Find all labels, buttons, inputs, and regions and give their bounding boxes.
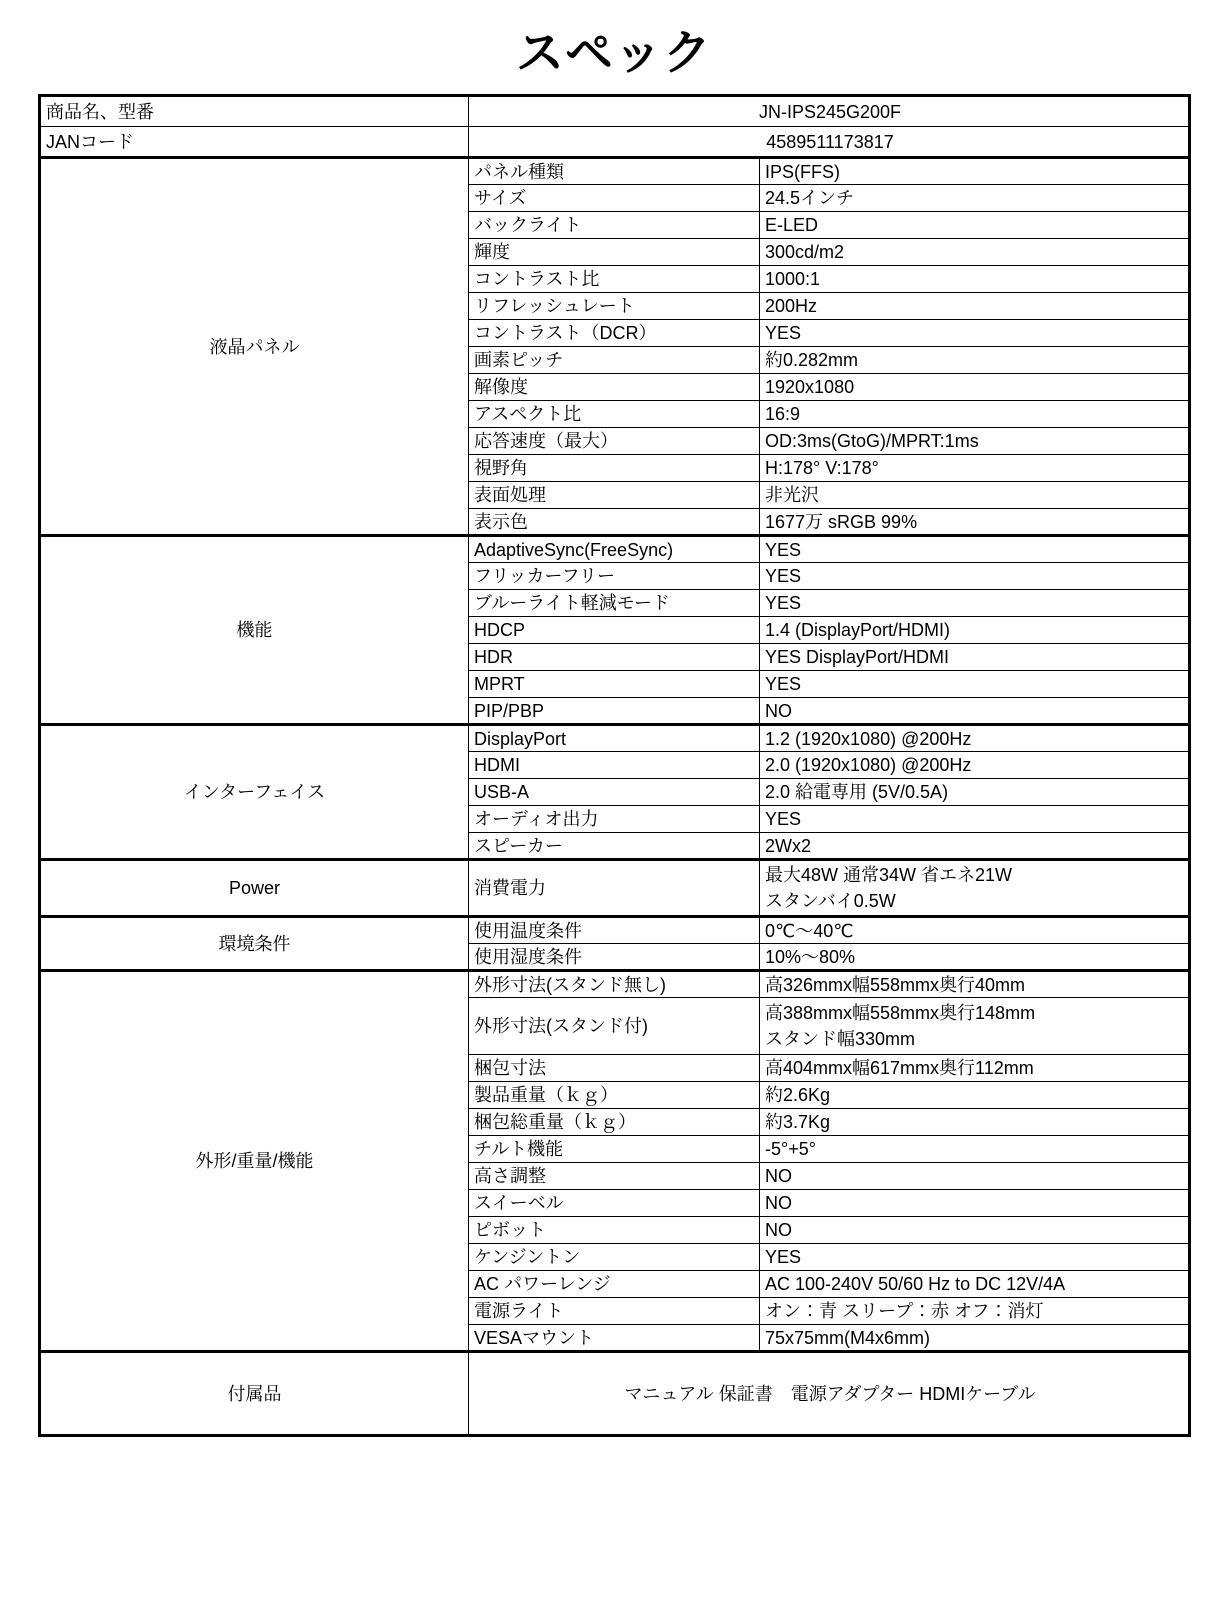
section-label-cell: 付属品	[40, 1352, 469, 1436]
spec-label-cell: HDR	[469, 644, 760, 671]
spec-value-cell: NO	[760, 1163, 1190, 1190]
spec-value-cell: 16:9	[760, 401, 1190, 428]
spec-value-cell: -5°+5°	[760, 1136, 1190, 1163]
spec-value-cell: 最大48W 通常34W 省エネ21Wスタンバイ0.5W	[760, 860, 1190, 917]
section-label-cell: 外形/重量/機能	[40, 971, 469, 1352]
spec-label-cell: フリッカーフリー	[469, 563, 760, 590]
spec-value-cell: YES	[760, 806, 1190, 833]
spec-value-cell: NO	[760, 1190, 1190, 1217]
spec-value-cell: 300cd/m2	[760, 239, 1190, 266]
spec-value-cell: 2Wx2	[760, 833, 1190, 860]
spec-label-cell: 高さ調整	[469, 1163, 760, 1190]
spec-value-cell: AC 100-240V 50/60 Hz to DC 12V/4A	[760, 1271, 1190, 1298]
spec-label-cell: ピボット	[469, 1217, 760, 1244]
spec-label-cell: ブルーライト軽減モード	[469, 590, 760, 617]
spec-label-cell: MPRT	[469, 671, 760, 698]
spec-value-cell: YES	[760, 671, 1190, 698]
spec-value-cell: オン：青 スリープ：赤 オフ：消灯	[760, 1298, 1190, 1325]
spec-label-cell: 製品重量（ｋｇ）	[469, 1082, 760, 1109]
spec-value-cell: 約2.6Kg	[760, 1082, 1190, 1109]
value-line: 高388mmx幅558mmx奥行148mm	[765, 1000, 1186, 1026]
spec-label-cell: 画素ピッチ	[469, 347, 760, 374]
spec-value-cell: 高404mmx幅617mmx奥行112mm	[760, 1055, 1190, 1082]
spec-value-cell: 10%～80%	[760, 944, 1190, 971]
spec-label-cell: オーディオ出力	[469, 806, 760, 833]
spec-value-cell: 75x75mm(M4x6mm)	[760, 1325, 1190, 1352]
spec-label-cell: DisplayPort	[469, 725, 760, 752]
table-row: インターフェイスDisplayPort1.2 (1920x1080) @200H…	[40, 725, 1190, 752]
spec-value-cell: 1.2 (1920x1080) @200Hz	[760, 725, 1190, 752]
table-row: 付属品マニュアル 保証書 電源アダプター HDMIケーブル	[40, 1352, 1190, 1436]
value-line: スタンバイ0.5W	[765, 888, 1186, 914]
spec-label-cell: JANコード	[40, 127, 469, 158]
table-row: Power消費電力最大48W 通常34W 省エネ21Wスタンバイ0.5W	[40, 860, 1190, 917]
section-label-cell: 液晶パネル	[40, 158, 469, 536]
spec-value-cell: YES	[760, 320, 1190, 347]
section-label-cell: 環境条件	[40, 917, 469, 971]
value-line: 最大48W 通常34W 省エネ21W	[765, 862, 1186, 888]
section-label-cell: Power	[40, 860, 469, 917]
table-row: 外形/重量/機能外形寸法(スタンド無し)高326mmx幅558mmx奥行40mm	[40, 971, 1190, 998]
spec-label-cell: コントラスト比	[469, 266, 760, 293]
spec-value-cell: 0℃～40℃	[760, 917, 1190, 944]
spec-label-cell: HDCP	[469, 617, 760, 644]
page-title: スペック	[0, 0, 1228, 94]
spec-value-cell: 約3.7Kg	[760, 1109, 1190, 1136]
spec-label-cell: 表示色	[469, 509, 760, 536]
spec-label-cell: リフレッシュレート	[469, 293, 760, 320]
spec-label-cell: スイーベル	[469, 1190, 760, 1217]
spec-label-cell: USB-A	[469, 779, 760, 806]
spec-label-cell: PIP/PBP	[469, 698, 760, 725]
spec-label-cell: 使用温度条件	[469, 917, 760, 944]
spec-value-cell: 4589511173817	[469, 127, 1190, 158]
spec-label-cell: バックライト	[469, 212, 760, 239]
spec-value-cell: YES	[760, 536, 1190, 563]
section-label-cell: 機能	[40, 536, 469, 725]
spec-label-cell: 外形寸法(スタンド付)	[469, 998, 760, 1055]
spec-value-cell: 2.0 給電専用 (5V/0.5A)	[760, 779, 1190, 806]
spec-value-cell: YES	[760, 1244, 1190, 1271]
table-row: JANコード4589511173817	[40, 127, 1190, 158]
table-row: 液晶パネルパネル種類IPS(FFS)	[40, 158, 1190, 185]
section-label-cell: インターフェイス	[40, 725, 469, 860]
table-row: 機能AdaptiveSync(FreeSync)YES	[40, 536, 1190, 563]
spec-label-cell: 消費電力	[469, 860, 760, 917]
spec-value-cell: NO	[760, 698, 1190, 725]
spec-value-cell: 1000:1	[760, 266, 1190, 293]
spec-label-cell: 輝度	[469, 239, 760, 266]
spec-value-cell: 1677万 sRGB 99%	[760, 509, 1190, 536]
spec-value-cell: 2.0 (1920x1080) @200Hz	[760, 752, 1190, 779]
spec-label-cell: 解像度	[469, 374, 760, 401]
spec-value-cell: H:178° V:178°	[760, 455, 1190, 482]
value-line: スタンド幅330mm	[765, 1026, 1186, 1052]
spec-label-cell: VESAマウント	[469, 1325, 760, 1352]
spec-label-cell: サイズ	[469, 185, 760, 212]
spec-label-cell: 商品名、型番	[40, 96, 469, 127]
spec-table-body: 商品名、型番JN-IPS245G200FJANコード4589511173817液…	[40, 96, 1190, 1436]
spec-value-cell: 高388mmx幅558mmx奥行148mmスタンド幅330mm	[760, 998, 1190, 1055]
spec-value-cell: YES	[760, 590, 1190, 617]
spec-label-cell: アスペクト比	[469, 401, 760, 428]
spec-label-cell: 梱包寸法	[469, 1055, 760, 1082]
spec-label-cell: チルト機能	[469, 1136, 760, 1163]
spec-value-cell: 24.5インチ	[760, 185, 1190, 212]
spec-value-cell: 1920x1080	[760, 374, 1190, 401]
table-row: 環境条件使用温度条件0℃～40℃	[40, 917, 1190, 944]
spec-value-cell: マニュアル 保証書 電源アダプター HDMIケーブル	[469, 1352, 1190, 1436]
spec-value-cell: 約0.282mm	[760, 347, 1190, 374]
spec-label-cell: 外形寸法(スタンド無し)	[469, 971, 760, 998]
spec-label-cell: パネル種類	[469, 158, 760, 185]
spec-value-cell: IPS(FFS)	[760, 158, 1190, 185]
table-row: 商品名、型番JN-IPS245G200F	[40, 96, 1190, 127]
spec-label-cell: 応答速度（最大）	[469, 428, 760, 455]
spec-label-cell: 表面処理	[469, 482, 760, 509]
spec-label-cell: スピーカー	[469, 833, 760, 860]
spec-label-cell: ケンジントン	[469, 1244, 760, 1271]
spec-value-cell: NO	[760, 1217, 1190, 1244]
spec-value-cell: YES DisplayPort/HDMI	[760, 644, 1190, 671]
spec-label-cell: 使用湿度条件	[469, 944, 760, 971]
spec-value-cell: JN-IPS245G200F	[469, 96, 1190, 127]
spec-label-cell: コントラスト（DCR）	[469, 320, 760, 347]
spec-label-cell: HDMI	[469, 752, 760, 779]
spec-value-cell: 200Hz	[760, 293, 1190, 320]
spec-table: 商品名、型番JN-IPS245G200FJANコード4589511173817液…	[38, 94, 1191, 1437]
spec-label-cell: AC パワーレンジ	[469, 1271, 760, 1298]
spec-label-cell: 視野角	[469, 455, 760, 482]
spec-value-cell: YES	[760, 563, 1190, 590]
spec-value-cell: OD:3ms(GtoG)/MPRT:1ms	[760, 428, 1190, 455]
spec-label-cell: 電源ライト	[469, 1298, 760, 1325]
spec-value-cell: E-LED	[760, 212, 1190, 239]
spec-value-cell: 1.4 (DisplayPort/HDMI)	[760, 617, 1190, 644]
spec-value-cell: 高326mmx幅558mmx奥行40mm	[760, 971, 1190, 998]
spec-label-cell: 梱包総重量（ｋｇ）	[469, 1109, 760, 1136]
spec-value-cell: 非光沢	[760, 482, 1190, 509]
spec-label-cell: AdaptiveSync(FreeSync)	[469, 536, 760, 563]
